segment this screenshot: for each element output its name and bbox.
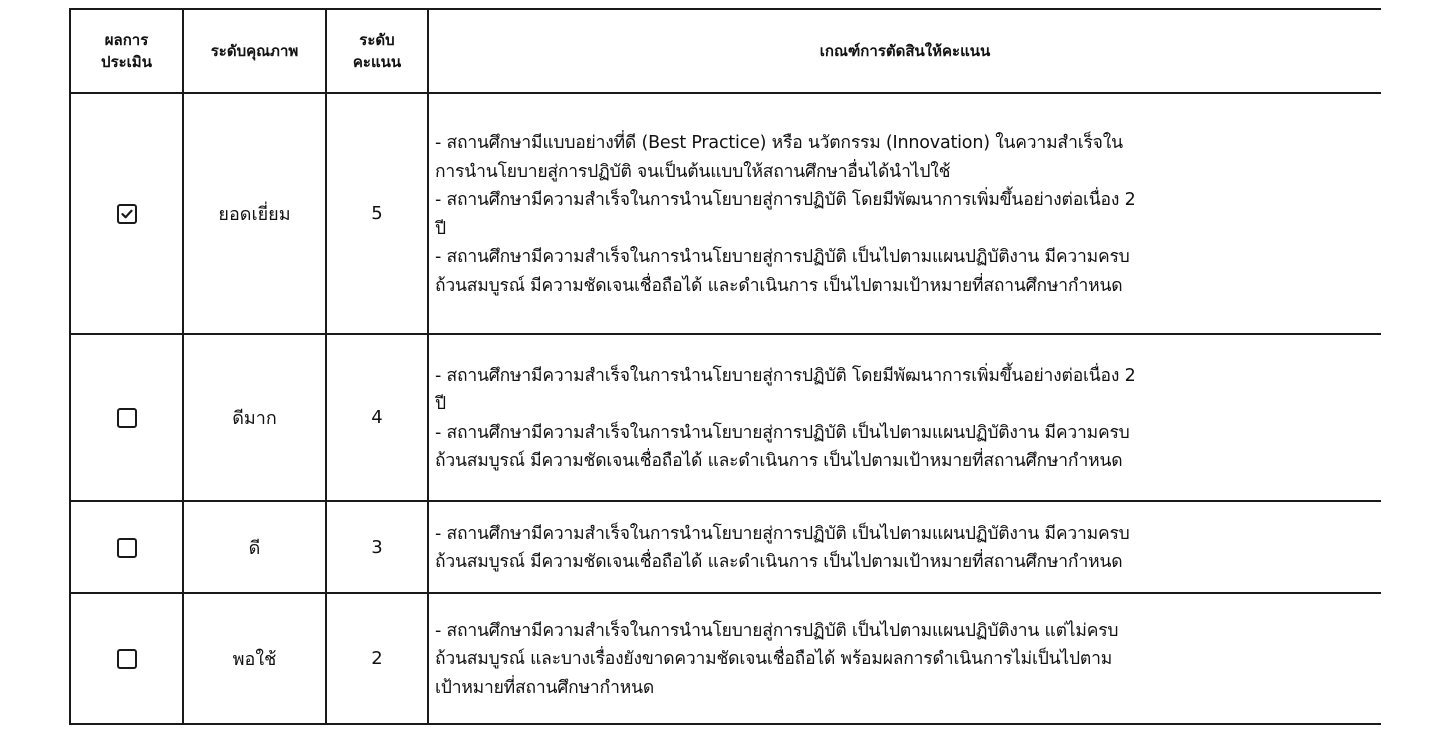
checkbox-empty-icon[interactable] xyxy=(117,408,137,428)
table-row: ดีมาก 4 - สถานศึกษามีความสำเร็จในการนำนโ… xyxy=(70,334,1381,501)
table-row: ยอดเยี่ยม 5 - สถานศึกษามีแบบอย่างที่ดี (… xyxy=(70,93,1381,334)
score-cell: 2 xyxy=(326,593,428,724)
header-criteria: เกณฑ์การตัดสินให้คะแนน xyxy=(428,9,1381,93)
quality-cell: พอใช้ xyxy=(183,593,326,724)
criteria-line: ถ้วนสมบูรณ์ มีความชัดเจนเชื่อถือได้ และด… xyxy=(435,447,1375,476)
evaluation-rubric-table: ผลการ ประเมิน ระดับคุณภาพ ระดับ คะแนน เก… xyxy=(69,8,1381,725)
criteria-line: - สถานศึกษามีแบบอย่างที่ดี (Best Practic… xyxy=(435,129,1375,158)
result-cell xyxy=(70,593,183,724)
quality-cell: ยอดเยี่ยม xyxy=(183,93,326,334)
score-cell: 4 xyxy=(326,334,428,501)
score-cell: 5 xyxy=(326,93,428,334)
criteria-line: ปี xyxy=(435,215,1375,244)
criteria-line: ถ้วนสมบูรณ์ มีความชัดเจนเชื่อถือได้ และด… xyxy=(435,272,1375,301)
header-score: ระดับ คะแนน xyxy=(326,9,428,93)
header-row: ผลการ ประเมิน ระดับคุณภาพ ระดับ คะแนน เก… xyxy=(70,9,1381,93)
criteria-line: ถ้วนสมบูรณ์ และบางเรื่องยังขาดความชัดเจน… xyxy=(435,645,1375,674)
criteria-cell: - สถานศึกษามีความสำเร็จในการนำนโยบายสู่ก… xyxy=(428,334,1381,501)
criteria-line: - สถานศึกษามีความสำเร็จในการนำนโยบายสู่ก… xyxy=(435,362,1375,391)
criteria-cell: - สถานศึกษามีความสำเร็จในการนำนโยบายสู่ก… xyxy=(428,593,1381,724)
checkbox-empty-icon[interactable] xyxy=(117,649,137,669)
criteria-line: - สถานศึกษามีความสำเร็จในการนำนโยบายสู่ก… xyxy=(435,419,1375,448)
table-row: ดี 3 - สถานศึกษามีความสำเร็จในการนำนโยบา… xyxy=(70,501,1381,593)
result-cell xyxy=(70,501,183,593)
checkbox-empty-icon[interactable] xyxy=(117,538,137,558)
criteria-line: ถ้วนสมบูรณ์ มีความชัดเจนเชื่อถือได้ และด… xyxy=(435,548,1375,577)
criteria-line: การนำนโยบายสู่การปฏิบัติ จนเป็นต้นแบบให้… xyxy=(435,158,1375,187)
header-result-line1: ผลการ xyxy=(105,31,149,49)
criteria-line: ปี xyxy=(435,390,1375,419)
quality-cell: ดีมาก xyxy=(183,334,326,501)
result-cell xyxy=(70,334,183,501)
checkbox-checked-icon[interactable] xyxy=(117,204,137,224)
criteria-line: - สถานศึกษามีความสำเร็จในการนำนโยบายสู่ก… xyxy=(435,186,1375,215)
criteria-line: เป้าหมายที่สถานศึกษากำหนด xyxy=(435,674,1375,703)
table-row: พอใช้ 2 - สถานศึกษามีความสำเร็จในการนำนโ… xyxy=(70,593,1381,724)
criteria-cell: - สถานศึกษามีความสำเร็จในการนำนโยบายสู่ก… xyxy=(428,501,1381,593)
result-cell xyxy=(70,93,183,334)
header-result: ผลการ ประเมิน xyxy=(70,9,183,93)
criteria-line: - สถานศึกษามีความสำเร็จในการนำนโยบายสู่ก… xyxy=(435,520,1375,549)
score-cell: 3 xyxy=(326,501,428,593)
header-quality-level: ระดับคุณภาพ xyxy=(183,9,326,93)
header-score-line2: คะแนน xyxy=(353,53,401,71)
header-score-line1: ระดับ xyxy=(359,31,394,49)
criteria-line: - สถานศึกษามีความสำเร็จในการนำนโยบายสู่ก… xyxy=(435,243,1375,272)
criteria-cell: - สถานศึกษามีแบบอย่างที่ดี (Best Practic… xyxy=(428,93,1381,334)
criteria-line: - สถานศึกษามีความสำเร็จในการนำนโยบายสู่ก… xyxy=(435,617,1375,646)
quality-cell: ดี xyxy=(183,501,326,593)
header-result-line2: ประเมิน xyxy=(101,53,152,71)
